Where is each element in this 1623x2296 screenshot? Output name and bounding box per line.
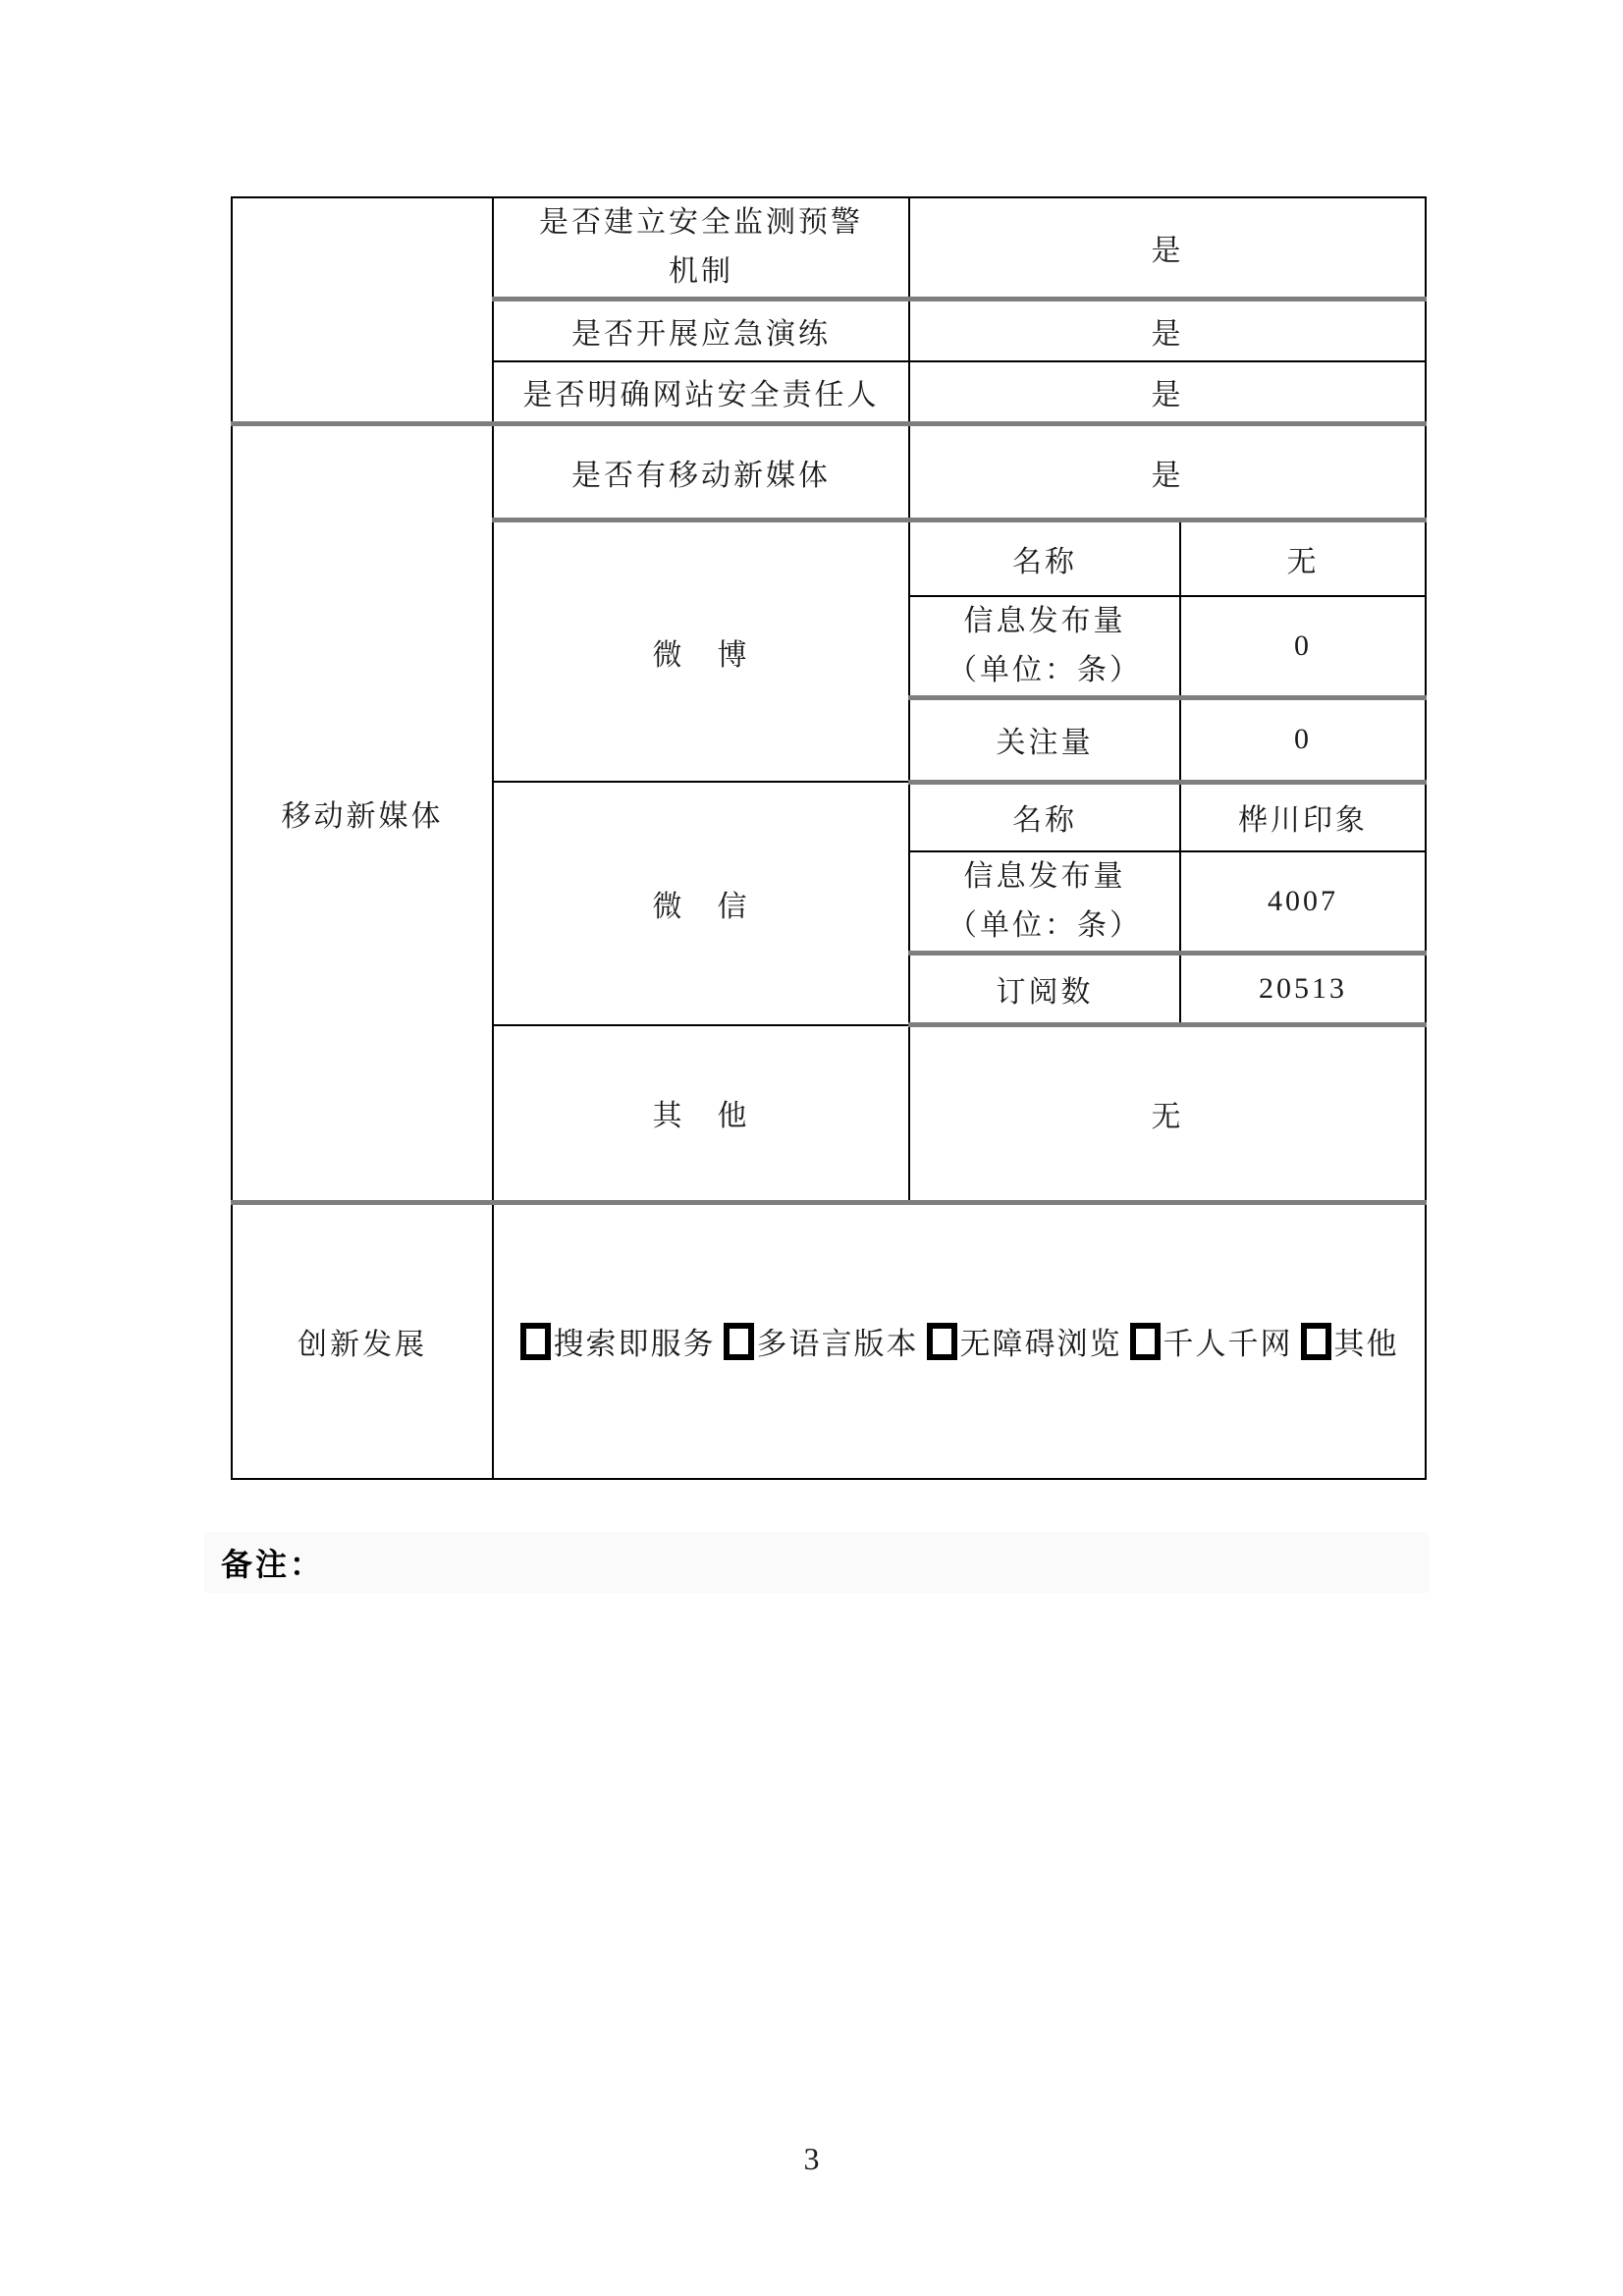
cell-weibo-label: 微 博 xyxy=(493,520,909,783)
cell-wechat-name-label: 名称 xyxy=(909,782,1180,851)
section-cell-innovation: 创新发展 xyxy=(232,1203,493,1479)
innovation-checkbox-line: 搜索即服务 多语言版本 无障碍浏览 千人千网 其他 xyxy=(494,1319,1425,1363)
checkbox-other-label: 其他 xyxy=(1334,1319,1399,1363)
label-line: 机制 xyxy=(494,247,908,297)
cell-weibo-followers-label: 关注量 xyxy=(909,697,1180,782)
cell-security-officer-label: 是否明确网站安全责任人 xyxy=(493,361,909,424)
cell-wechat-subscribers-label: 订阅数 xyxy=(909,954,1180,1025)
label-line: 信息发布量 xyxy=(910,852,1179,902)
cell-weibo-followers-value: 0 xyxy=(1180,697,1426,782)
cell-wechat-label: 微 信 xyxy=(493,782,909,1025)
checkbox-other-icon xyxy=(1301,1323,1331,1360)
section-cell-empty xyxy=(232,197,493,424)
cell-wechat-subscribers-value: 20513 xyxy=(1180,954,1426,1025)
cell-has-mobile-value: 是 xyxy=(909,424,1426,520)
cell-wechat-posts-value: 4007 xyxy=(1180,851,1426,954)
checkbox-multilingual-icon xyxy=(724,1323,754,1360)
cell-security-monitor-label: 是否建立安全监测预警 机制 xyxy=(493,197,909,300)
page-number: 3 xyxy=(0,2141,1623,2177)
cell-emergency-drill-label: 是否开展应急演练 xyxy=(493,300,909,361)
cell-other-media-value: 无 xyxy=(909,1025,1426,1203)
checkbox-search-as-service-label: 搜索即服务 xyxy=(554,1319,716,1363)
cell-innovation-options: 搜索即服务 多语言版本 无障碍浏览 千人千网 其他 xyxy=(493,1203,1426,1479)
label-line: （单位：条） xyxy=(910,902,1179,951)
document-page: 是否建立安全监测预警 机制 是 是否开展应急演练 是 是否明确网站安全责任人 是… xyxy=(0,0,1623,2296)
checkbox-personalized-web-icon xyxy=(1130,1323,1161,1360)
cell-has-mobile-label: 是否有移动新媒体 xyxy=(493,424,909,520)
cell-other-media-label: 其 他 xyxy=(493,1025,909,1203)
cell-emergency-drill-value: 是 xyxy=(909,300,1426,361)
remark-label: 备注： xyxy=(221,1540,324,1585)
checkbox-personalized-web-label: 千人千网 xyxy=(1163,1319,1293,1363)
cell-security-monitor-value: 是 xyxy=(909,197,1426,300)
cell-security-officer-value: 是 xyxy=(909,361,1426,424)
remark-band: 备注： xyxy=(204,1532,1429,1593)
cell-weibo-posts-value: 0 xyxy=(1180,596,1426,698)
checkbox-accessibility-label: 无障碍浏览 xyxy=(960,1319,1122,1363)
label-line: 信息发布量 xyxy=(910,597,1179,646)
section-cell-mobile-media: 移动新媒体 xyxy=(232,424,493,1203)
cell-wechat-name-value: 桦川印象 xyxy=(1180,782,1426,851)
label-line: （单位：条） xyxy=(910,646,1179,695)
checkbox-accessibility-icon xyxy=(927,1323,957,1360)
checkbox-search-as-service-icon xyxy=(520,1323,551,1360)
report-table: 是否建立安全监测预警 机制 是 是否开展应急演练 是 是否明确网站安全责任人 是… xyxy=(231,196,1427,1480)
cell-wechat-posts-label: 信息发布量 （单位：条） xyxy=(909,851,1180,954)
cell-weibo-posts-label: 信息发布量 （单位：条） xyxy=(909,596,1180,698)
checkbox-multilingual-label: 多语言版本 xyxy=(757,1319,919,1363)
label-line: 是否建立安全监测预警 xyxy=(494,198,908,247)
cell-weibo-name-value: 无 xyxy=(1180,520,1426,596)
cell-weibo-name-label: 名称 xyxy=(909,520,1180,596)
